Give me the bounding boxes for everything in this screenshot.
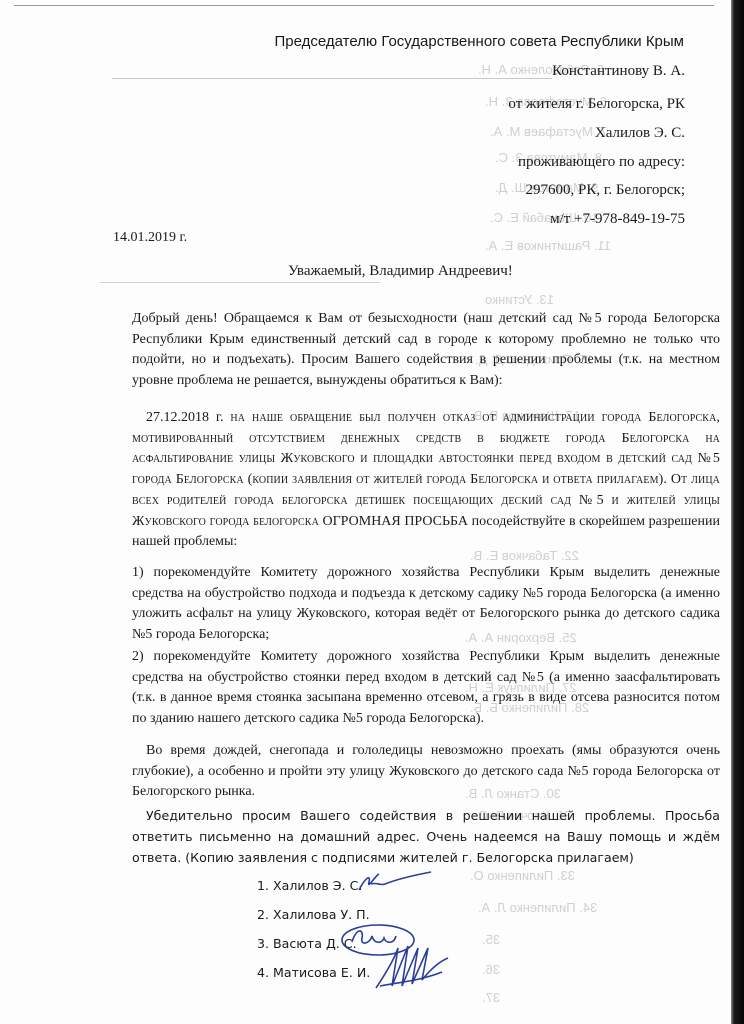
bleed-through-line: 35. [482, 932, 500, 947]
sender-address-label: проживающего по адресу: [518, 154, 685, 171]
refusal-text: на наше обращение был получен отказ от а… [132, 410, 720, 529]
scanned-letter-page: 5. Рябоволенко А. Н.6. Мустафаева З. Н.7… [0, 0, 731, 1024]
sender-phone: м/т +7-978-849-19-75 [550, 211, 685, 228]
closing-paragraph: Убедительно просим Вашего содействия в р… [132, 805, 720, 868]
signatory-1: 1. Халилов Э. С. [257, 876, 370, 905]
bleed-through-line: 13. Устинко [485, 292, 554, 307]
sender-line: от жителя г. Белогорска, РК [508, 96, 685, 113]
bleed-through-line: 34. Пилипенко Л. А. [478, 900, 597, 915]
bleed-through-line: 33. Пилипенко О. [470, 868, 575, 883]
intro-paragraph: Добрый день! Обращаемся к Вам от безысхо… [132, 309, 720, 392]
bleed-through-line: 7. Мустафаев М. А. [490, 124, 607, 139]
signature-4-icon [372, 940, 452, 995]
signature-1-icon [355, 868, 435, 898]
scanner-edge-shadow [731, 0, 744, 1024]
scan-edge-line [14, 5, 714, 6]
sender-name: Халилов Э. С. [595, 125, 685, 142]
bleed-through-line: 11. Рашитников Е. А. [485, 238, 611, 253]
greeting: Уважаемый, Владимир Андреевич! [288, 263, 513, 280]
refusal-date: 27.12.2018 г. [146, 410, 224, 425]
request-item-2: 2) порекомендуйте Комитету дорожного хоз… [132, 647, 720, 730]
bleed-through-line: 36. [482, 962, 500, 977]
weather-paragraph: Во время дождей, снегопада и гололедицы … [132, 741, 720, 803]
addressee-name: Константинову В. А. [552, 63, 685, 80]
request-item-1: 1) порекомендуйте Комитету дорожного хоз… [132, 563, 720, 646]
refusal-emphasis: ОГРОМНАЯ ПРОСЬБА [322, 514, 468, 529]
sender-address: 297600, РК, г. Белогорск; [526, 182, 685, 199]
letter-date: 14.01.2019 г. [113, 230, 187, 246]
addressee-title: Председателю Государственного совета Рес… [274, 33, 684, 50]
refusal-paragraph: 27.12.2018 г. на наше обращение был полу… [132, 408, 720, 553]
scan-artifact-line [100, 282, 380, 283]
signatory-4: 4. Матисова Е. И. [257, 963, 370, 992]
bleed-through-line: 37. [482, 990, 500, 1005]
scan-artifact-line [112, 78, 552, 79]
